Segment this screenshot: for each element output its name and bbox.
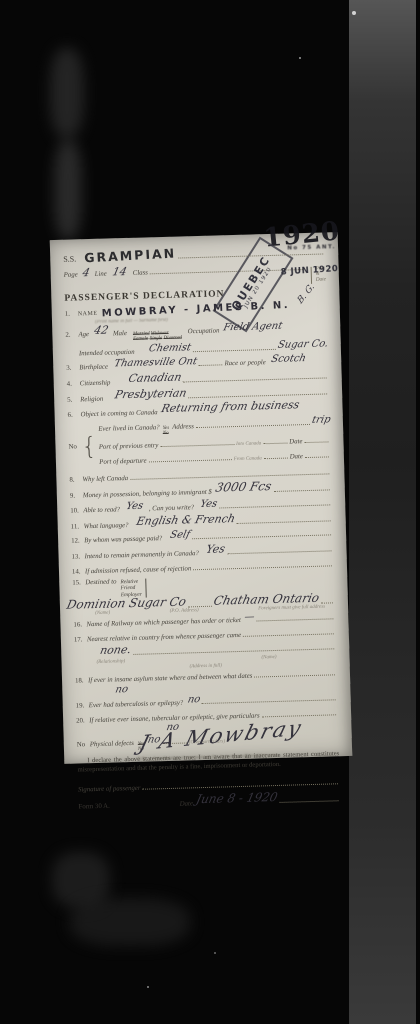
- q15-value1: Dominion Sugar Co: [66, 595, 188, 610]
- rule: [305, 449, 329, 458]
- q3-race-value: Scotch: [271, 354, 308, 365]
- q7-departure-row: Port of departure From Canada Date: [99, 449, 331, 467]
- q18-no: 18.: [75, 678, 85, 687]
- q6-no: 6.: [68, 412, 78, 421]
- rule: [237, 513, 331, 524]
- q2-intended-value: Chemist: [147, 343, 191, 354]
- q2-opt-divorced: Divorced: [163, 336, 182, 342]
- q6-value2: trip: [310, 415, 331, 426]
- rule: [263, 450, 287, 459]
- passenger-declaration-form: 1920 No 75 ANT. QUEBEC JUN 20 1920 8 JUN…: [50, 232, 353, 764]
- film-smudge: [50, 48, 84, 138]
- q3-value: Thamesville Ont: [113, 357, 198, 369]
- q7-departure-label: Port of departure: [99, 457, 147, 467]
- film-speck: [299, 57, 301, 59]
- q11-no: 11.: [71, 523, 81, 532]
- q4-no: 4.: [67, 380, 77, 389]
- rule: [133, 642, 334, 656]
- page-value: 4: [81, 267, 90, 278]
- q7-from-canada: From Canada: [234, 456, 262, 463]
- rule: [257, 611, 334, 621]
- film-smudge: [70, 898, 190, 946]
- q17-no: 17.: [74, 636, 84, 645]
- q1-label: NAME: [78, 311, 98, 319]
- q21-label: Physical defects: [90, 740, 134, 750]
- q10-label: Able to read?: [83, 506, 120, 516]
- rule: [321, 595, 333, 603]
- q17-caption-name: (Name): [261, 655, 276, 660]
- rule: [183, 370, 327, 382]
- q2-age-value: 42: [93, 325, 109, 336]
- rule: [280, 793, 339, 803]
- q20-no: 20.: [76, 717, 86, 726]
- q17-value: none.: [99, 644, 132, 656]
- q2-marital-options: Married Widower Female-Single Divorced: [133, 331, 182, 342]
- date-label: Date: [180, 800, 193, 809]
- form-number-row: Form 30 A. Date June 8 - 1920: [78, 791, 340, 812]
- rule: [254, 668, 335, 678]
- film-speck: [147, 986, 149, 988]
- q11-label: What language?: [84, 522, 129, 532]
- q2-occupation-value2: Sugar Co.: [276, 339, 328, 350]
- rule: [188, 599, 212, 608]
- rule: [263, 436, 287, 445]
- signature-label: Signature of passenger: [78, 785, 141, 795]
- q10-no: 10.: [70, 507, 80, 516]
- q3-label: Birthplace: [79, 364, 108, 373]
- q7-block: No { Ever lived in Canada? Yes No Addres…: [68, 416, 331, 471]
- q15-no: 15.: [72, 580, 82, 589]
- rule: [243, 626, 334, 637]
- rule: [219, 497, 331, 508]
- q7-date2-label: Date: [290, 453, 303, 462]
- rule: [273, 483, 330, 493]
- rule: [198, 358, 222, 367]
- q5-no: 5.: [67, 396, 77, 405]
- q3-race-label: Race or people: [224, 359, 265, 369]
- q13-label: Intend to remain permanently in Canada?: [84, 550, 199, 562]
- q2-intended-label: Intended occupation: [79, 348, 135, 358]
- q3-no: 3.: [66, 365, 76, 374]
- q5-value: Presbyterian: [114, 387, 188, 400]
- q12-label: By whom was passage paid?: [84, 535, 162, 546]
- q7-yes-no: Yes No: [163, 426, 170, 436]
- q13-value: Yes: [206, 543, 227, 555]
- microfilm-scan: 1920 No 75 ANT. QUEBEC JUN 20 1920 8 JUN…: [0, 0, 420, 1024]
- q2-opt-female: Female: [133, 337, 148, 342]
- film-smudge: [54, 140, 82, 240]
- q6-label: Object in coming to Canada: [81, 410, 158, 421]
- film-speck: [352, 11, 356, 15]
- q12-no: 12.: [71, 538, 81, 547]
- q7-date-label: Date: [289, 438, 302, 447]
- q1-no: 1.: [65, 310, 75, 319]
- rule: [148, 452, 231, 462]
- q7-brace: {: [81, 436, 97, 458]
- q8-no: 8.: [69, 476, 79, 485]
- rule: [196, 417, 310, 428]
- rule: [193, 558, 332, 570]
- q11-value: English & French: [135, 513, 236, 527]
- q15-label: Destined to: [85, 579, 116, 588]
- page-label: Page: [64, 271, 78, 278]
- q2-opt-male: Male: [113, 330, 127, 339]
- rule: [202, 692, 336, 704]
- q2-occupation-value: Field Agent: [222, 322, 283, 334]
- q19-no: 19.: [76, 702, 86, 711]
- rule: [227, 543, 331, 554]
- rule: [192, 528, 331, 540]
- q2-occupation-label: Occupation: [188, 328, 220, 337]
- q5-label: Religion: [80, 395, 103, 404]
- rule: [178, 246, 323, 258]
- q14-no: 14.: [72, 568, 82, 577]
- q13-no: 13.: [72, 553, 82, 562]
- q4-value: Canadian: [127, 371, 182, 384]
- q7-into-canada: Into Canada: [236, 441, 261, 448]
- ship-prefix: S.S.: [63, 254, 76, 264]
- ship-name-stamp: GRAMPIAN: [84, 245, 177, 266]
- q10-value: Yes: [125, 501, 144, 512]
- q17-caption-relationship: (Relationship): [96, 660, 125, 666]
- q9-value: 3000 Fcs: [214, 480, 272, 494]
- q14-label: If admission refused, cause of rejection: [85, 565, 192, 576]
- q8-label: Why left Canada: [82, 475, 128, 485]
- q19-label: Ever had tuberculosis or epilepsy?: [89, 700, 184, 711]
- q6-value: Returning from business: [160, 400, 300, 415]
- q15-value2: Chatham Ontario: [213, 592, 321, 607]
- q17-value-row: none.: [100, 640, 336, 658]
- q9-no: 9.: [70, 493, 80, 502]
- q17-label: Nearest relative in country from whence …: [87, 631, 241, 644]
- q19-value: no: [186, 695, 201, 705]
- q16-label: Name of Railway on which passenger has o…: [86, 617, 241, 630]
- rule: [304, 435, 328, 444]
- q7-entry-label: Port of previous entry: [99, 442, 159, 452]
- q10-value2: Yes: [199, 499, 218, 510]
- q7-address-label: Address: [172, 423, 194, 432]
- film-edge-band: [349, 0, 416, 1024]
- film-speck: [214, 952, 216, 954]
- q16-no: 16.: [73, 621, 83, 630]
- q2-label: Age: [78, 332, 89, 341]
- q2-no: 2.: [65, 332, 75, 341]
- q4-label: Citizenship: [80, 379, 111, 388]
- q7-no-opt: No: [163, 431, 170, 436]
- form-number: Form 30 A.: [78, 803, 109, 812]
- rule: [192, 342, 275, 352]
- line-value: 14: [111, 266, 127, 277]
- date-stamp: 8 JUN 1920: [281, 264, 339, 278]
- q21-no: No: [77, 742, 87, 751]
- port-label-3: Date: [316, 277, 326, 283]
- date-value: June 8 - 1920: [195, 791, 279, 805]
- rule: [160, 437, 234, 447]
- line-label: Line: [95, 270, 107, 277]
- q16-value: —: [244, 612, 256, 622]
- q7-lived-label: Ever lived in Canada?: [98, 424, 160, 434]
- rule: [142, 776, 338, 789]
- q7-no: No: [68, 444, 78, 451]
- q12-value: Self: [169, 531, 191, 542]
- q9-label: Money in possession, belonging to immigr…: [83, 489, 212, 501]
- q2-opt-single: Single: [150, 336, 163, 341]
- q18-value: no: [114, 685, 129, 695]
- rule: [188, 386, 327, 398]
- class-label: Class: [133, 269, 148, 276]
